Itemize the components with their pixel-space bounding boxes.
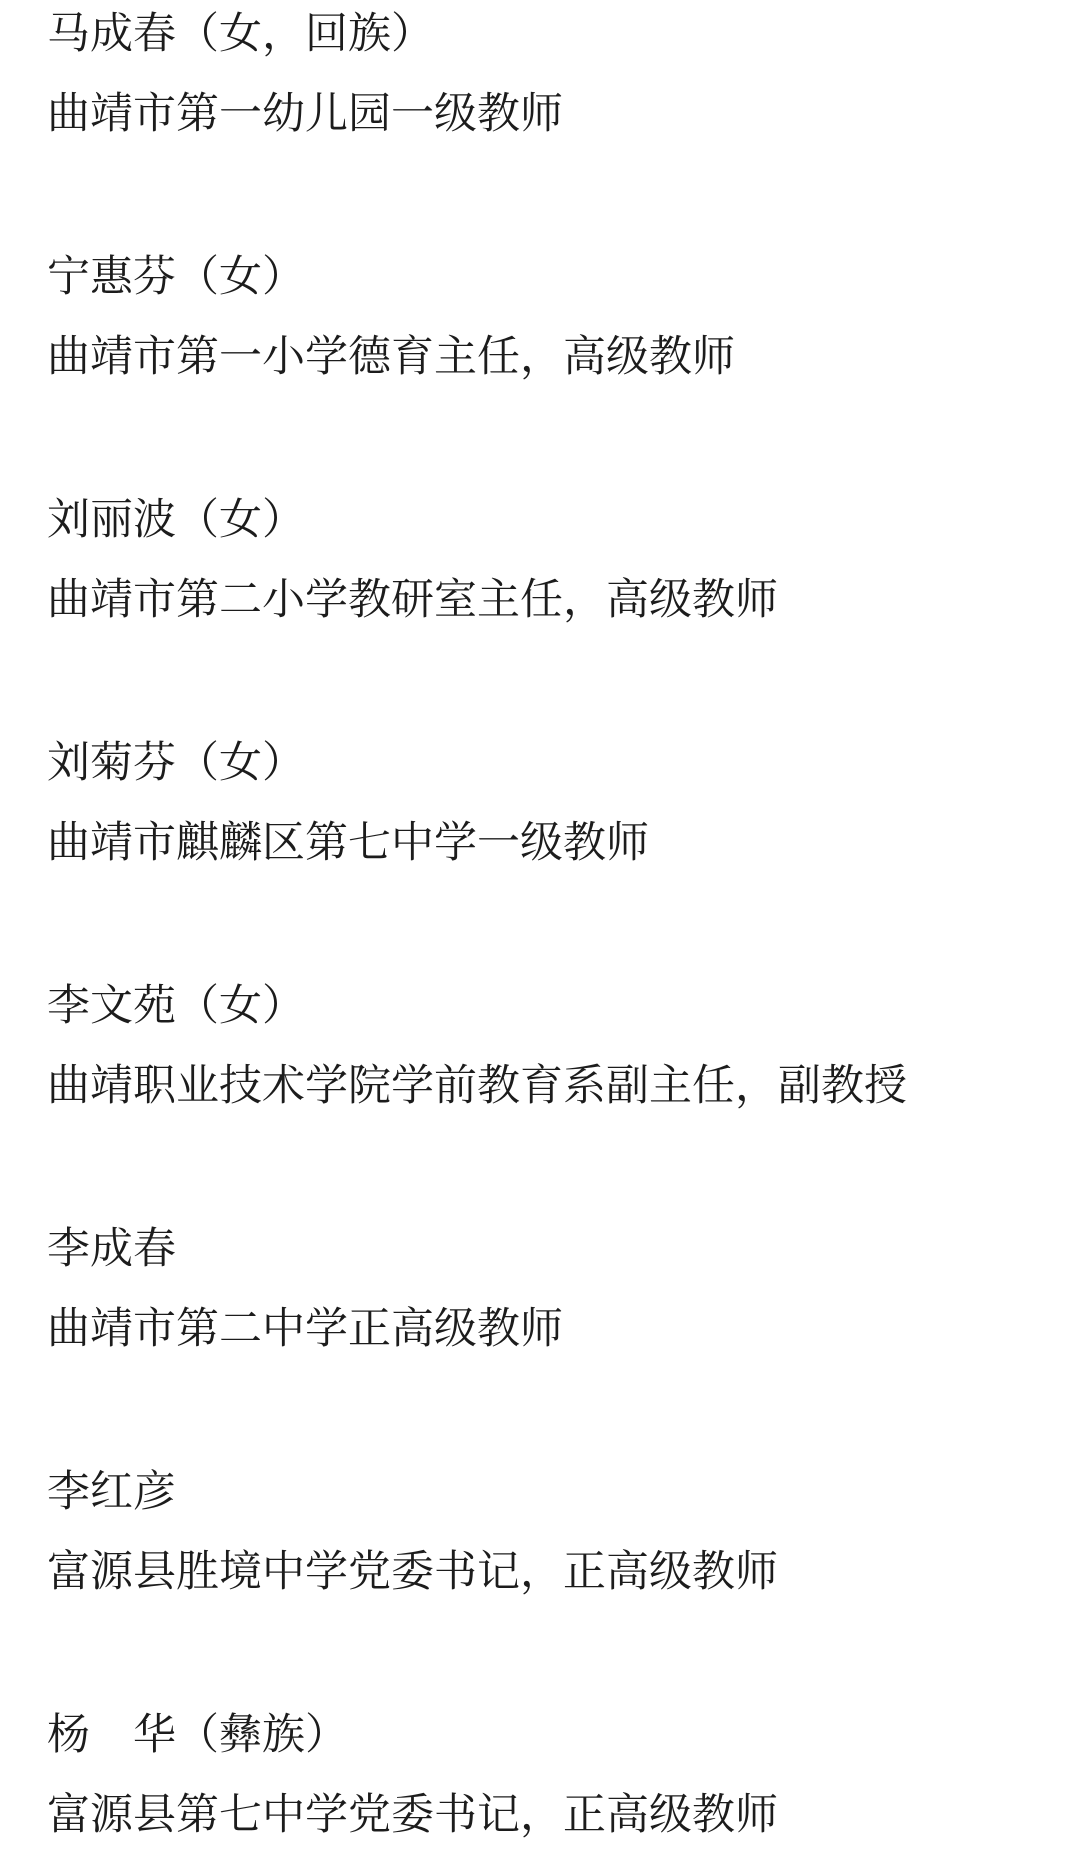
person-name: 李成春 (47, 1228, 1049, 1271)
person-title: 富源县胜境中学党委书记，正高级教师 (47, 1551, 1049, 1594)
person-title: 曲靖职业技术学院学前教育系副主任，副教授 (47, 1065, 1049, 1108)
person-entry: 宁惠芬（女） 曲靖市第一小学德育主任，高级教师 (47, 256, 1049, 379)
person-title: 曲靖市第二小学教研室主任，高级教师 (47, 579, 1049, 622)
person-name: 李红彦 (47, 1471, 1049, 1514)
person-name: 李文苑（女） (47, 985, 1049, 1028)
person-title: 曲靖市第二中学正高级教师 (47, 1308, 1049, 1351)
person-entry: 李文苑（女） 曲靖职业技术学院学前教育系副主任，副教授 (47, 985, 1049, 1108)
person-title: 富源县第七中学党委书记，正高级教师 (47, 1794, 1049, 1837)
person-entry: 刘丽波（女） 曲靖市第二小学教研室主任，高级教师 (47, 499, 1049, 622)
person-entry: 杨 华（彝族） 富源县第七中学党委书记，正高级教师 (47, 1714, 1049, 1837)
person-name: 刘菊芬（女） (47, 742, 1049, 785)
person-name: 宁惠芬（女） (47, 256, 1049, 299)
teacher-list-document: 马成春（女，回族） 曲靖市第一幼儿园一级教师 宁惠芬（女） 曲靖市第一小学德育主… (0, 0, 1079, 1837)
person-title: 曲靖市第一幼儿园一级教师 (47, 93, 1049, 136)
person-name: 刘丽波（女） (47, 499, 1049, 542)
person-entry: 李成春 曲靖市第二中学正高级教师 (47, 1228, 1049, 1351)
person-title: 曲靖市麒麟区第七中学一级教师 (47, 822, 1049, 865)
person-name: 杨 华（彝族） (47, 1714, 1049, 1757)
person-entry: 马成春（女，回族） 曲靖市第一幼儿园一级教师 (47, 13, 1049, 136)
person-entry: 刘菊芬（女） 曲靖市麒麟区第七中学一级教师 (47, 742, 1049, 865)
person-entry: 李红彦 富源县胜境中学党委书记，正高级教师 (47, 1471, 1049, 1594)
person-name: 马成春（女，回族） (47, 13, 1049, 56)
person-title: 曲靖市第一小学德育主任，高级教师 (47, 336, 1049, 379)
